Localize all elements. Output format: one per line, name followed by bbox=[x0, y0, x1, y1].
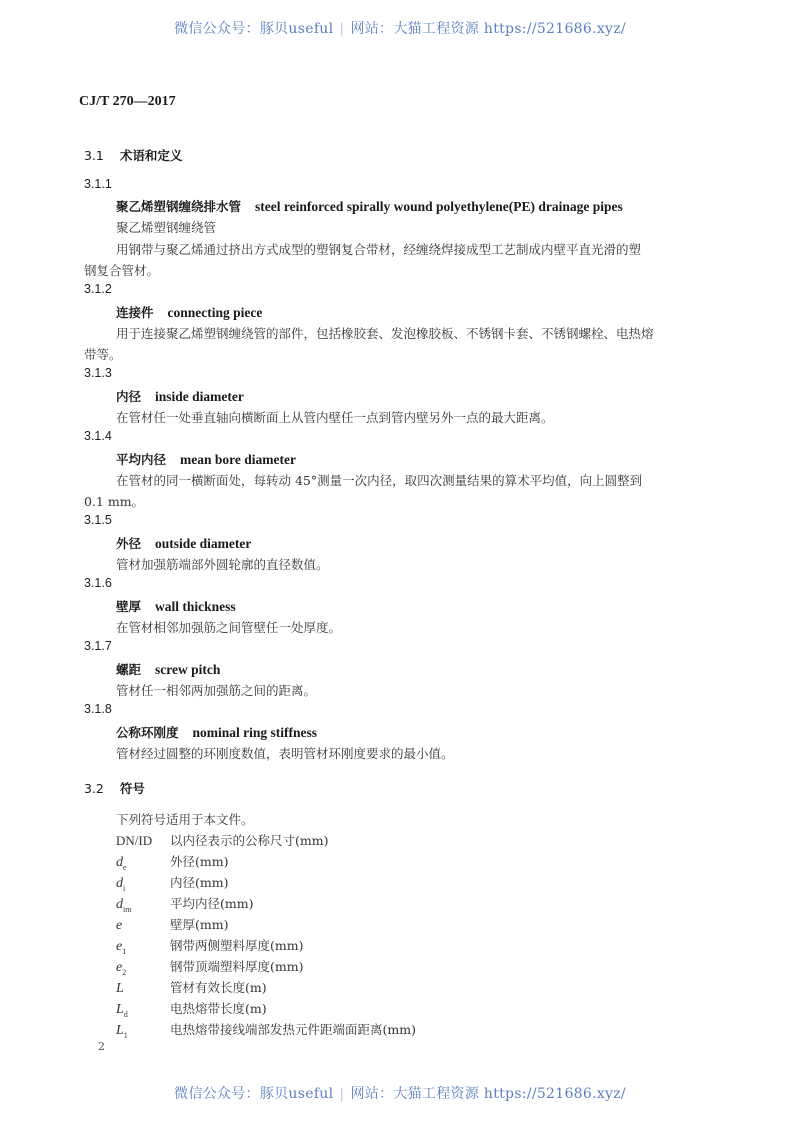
term-en: screw pitch bbox=[155, 662, 220, 677]
term-number: 3.1.1 bbox=[84, 177, 112, 191]
symbol-row: L1电热熔带接线端部发热元件距端面距离(mm) bbox=[116, 1020, 416, 1040]
term-en: connecting piece bbox=[168, 305, 263, 320]
term-en: outside diameter bbox=[155, 536, 251, 551]
symbol: L bbox=[116, 981, 170, 997]
symbol-row: e壁厚(mm) bbox=[116, 915, 228, 934]
term-heading: 公称环刚度nominal ring stiffness bbox=[116, 723, 317, 741]
symbol-meaning: 钢带顶端塑料厚度(mm) bbox=[170, 959, 303, 974]
term-definition-cont: 钢复合管材。 bbox=[84, 261, 159, 279]
symbol: de bbox=[116, 855, 170, 872]
watermark-wechat: 微信公众号：豚贝useful bbox=[174, 21, 333, 37]
watermark-website: 网站：大猫工程资源 https://521686.xyz/ bbox=[350, 21, 626, 37]
symbol-row: dim平均内径(mm) bbox=[116, 894, 253, 914]
term-heading: 平均内径mean bore diameter bbox=[116, 450, 296, 468]
term-en: nominal ring stiffness bbox=[193, 725, 318, 740]
term-definition: 管材经过圆整的环刚度数值，表明管材环刚度要求的最小值。 bbox=[116, 744, 454, 762]
symbol-meaning: 平均内径(mm) bbox=[170, 896, 253, 911]
term-heading: 聚乙烯塑钢缠绕排水管steel reinforced spirally woun… bbox=[116, 197, 623, 215]
symbol-meaning: 管材有效长度(m) bbox=[170, 980, 267, 995]
symbol-row: di内径(mm) bbox=[116, 873, 228, 893]
watermark-wechat: 微信公众号：豚贝useful bbox=[174, 1086, 333, 1102]
symbol-meaning: 以内径表示的公称尺寸(mm) bbox=[170, 833, 328, 848]
watermark-separator: | bbox=[339, 1086, 344, 1102]
term-en: inside diameter bbox=[155, 389, 244, 404]
term-cn: 平均内径 bbox=[116, 452, 166, 467]
watermark-website: 网站：大猫工程资源 https://521686.xyz/ bbox=[350, 1086, 626, 1102]
term-definition-cont: 0.1 mm。 bbox=[84, 492, 144, 510]
section-heading-3-2: 3.2符号 bbox=[84, 779, 145, 797]
term-en: steel reinforced spirally wound polyethy… bbox=[255, 199, 623, 214]
watermark-separator: | bbox=[339, 21, 344, 37]
symbol-row: Ld电热熔带长度(m) bbox=[116, 999, 267, 1019]
section-number: 3.1 bbox=[84, 148, 104, 163]
page-number: 2 bbox=[98, 1040, 105, 1053]
section-heading-3-1: 3.1术语和定义 bbox=[84, 146, 182, 164]
symbol-row: e1钢带两侧塑料厚度(mm) bbox=[116, 936, 303, 956]
symbol: e2 bbox=[116, 960, 170, 977]
symbol-meaning: 外径(mm) bbox=[170, 854, 228, 869]
term-number: 3.1.7 bbox=[84, 639, 112, 653]
term-number: 3.1.5 bbox=[84, 513, 112, 527]
section-title: 符号 bbox=[120, 781, 145, 796]
term-definition: 管材任一相邻两加强筋之间的距离。 bbox=[116, 681, 316, 699]
term-definition: 在管材的同一横断面处，每转动 45°测量一次内径，取四次测量结果的算术平均值，向… bbox=[116, 471, 642, 489]
term-cn: 外径 bbox=[116, 536, 141, 551]
symbol: e bbox=[116, 918, 170, 934]
watermark-bottom: 微信公众号：豚贝useful|网站：大猫工程资源 https://521686.… bbox=[0, 1083, 800, 1103]
term-cn: 螺距 bbox=[116, 662, 141, 677]
term-number: 3.1.6 bbox=[84, 576, 112, 590]
term-cn: 连接件 bbox=[116, 305, 154, 320]
symbol: Ld bbox=[116, 1002, 170, 1019]
symbol-row: de外径(mm) bbox=[116, 852, 228, 872]
term-cn: 内径 bbox=[116, 389, 141, 404]
symbol: dim bbox=[116, 897, 170, 914]
symbol-meaning: 电热熔带接线端部发热元件距端面距离(mm) bbox=[170, 1022, 416, 1037]
term-definition-cont: 带等。 bbox=[84, 345, 122, 363]
section-title: 术语和定义 bbox=[120, 148, 183, 163]
term-definition: 用钢带与聚乙烯通过挤出方式成型的塑钢复合带材，经缠绕焊接成型工艺制成内壁平直光滑… bbox=[116, 240, 641, 258]
symbol: DN/ID bbox=[116, 833, 170, 849]
symbol-meaning: 钢带两侧塑料厚度(mm) bbox=[170, 938, 303, 953]
symbol-meaning: 内径(mm) bbox=[170, 875, 228, 890]
term-heading: 螺距screw pitch bbox=[116, 660, 220, 678]
term-en: wall thickness bbox=[155, 599, 236, 614]
term-alias: 聚乙烯塑钢缠绕管 bbox=[116, 218, 216, 236]
symbol: e1 bbox=[116, 939, 170, 956]
term-en: mean bore diameter bbox=[180, 452, 296, 467]
symbol-meaning: 电热熔带长度(m) bbox=[170, 1001, 267, 1016]
term-definition: 管材加强筋端部外圆轮廓的直径数值。 bbox=[116, 555, 329, 573]
term-heading: 内径inside diameter bbox=[116, 387, 244, 405]
symbol-meaning: 壁厚(mm) bbox=[170, 917, 228, 932]
standard-code: CJ/T 270—2017 bbox=[79, 94, 176, 110]
symbol: di bbox=[116, 876, 170, 893]
term-definition: 用于连接聚乙烯塑钢缠绕管的部件，包括橡胶套、发泡橡胶板、不锈钢卡套、不锈钢螺栓、… bbox=[116, 324, 654, 342]
watermark-top: 微信公众号：豚贝useful|网站：大猫工程资源 https://521686.… bbox=[0, 18, 800, 38]
term-number: 3.1.4 bbox=[84, 429, 112, 443]
section-number: 3.2 bbox=[84, 781, 104, 796]
term-number: 3.1.3 bbox=[84, 366, 112, 380]
symbol-row: DN/ID以内径表示的公称尺寸(mm) bbox=[116, 831, 328, 849]
symbols-intro: 下列符号适用于本文件。 bbox=[116, 810, 254, 828]
term-heading: 外径outside diameter bbox=[116, 534, 251, 552]
term-number: 3.1.2 bbox=[84, 282, 112, 296]
term-heading: 连接件connecting piece bbox=[116, 303, 262, 321]
term-cn: 公称环刚度 bbox=[116, 725, 179, 740]
term-definition: 在管材任一处垂直轴向横断面上从管内壁任一点到管内壁另外一点的最大距离。 bbox=[116, 408, 554, 426]
symbol-row: L管材有效长度(m) bbox=[116, 978, 267, 997]
term-definition: 在管材相邻加强筋之间管壁任一处厚度。 bbox=[116, 618, 341, 636]
symbol-row: e2钢带顶端塑料厚度(mm) bbox=[116, 957, 303, 977]
term-heading: 壁厚wall thickness bbox=[116, 597, 236, 615]
symbol: L1 bbox=[116, 1023, 170, 1040]
term-number: 3.1.8 bbox=[84, 702, 112, 716]
term-cn: 聚乙烯塑钢缠绕排水管 bbox=[116, 199, 241, 214]
term-cn: 壁厚 bbox=[116, 599, 141, 614]
